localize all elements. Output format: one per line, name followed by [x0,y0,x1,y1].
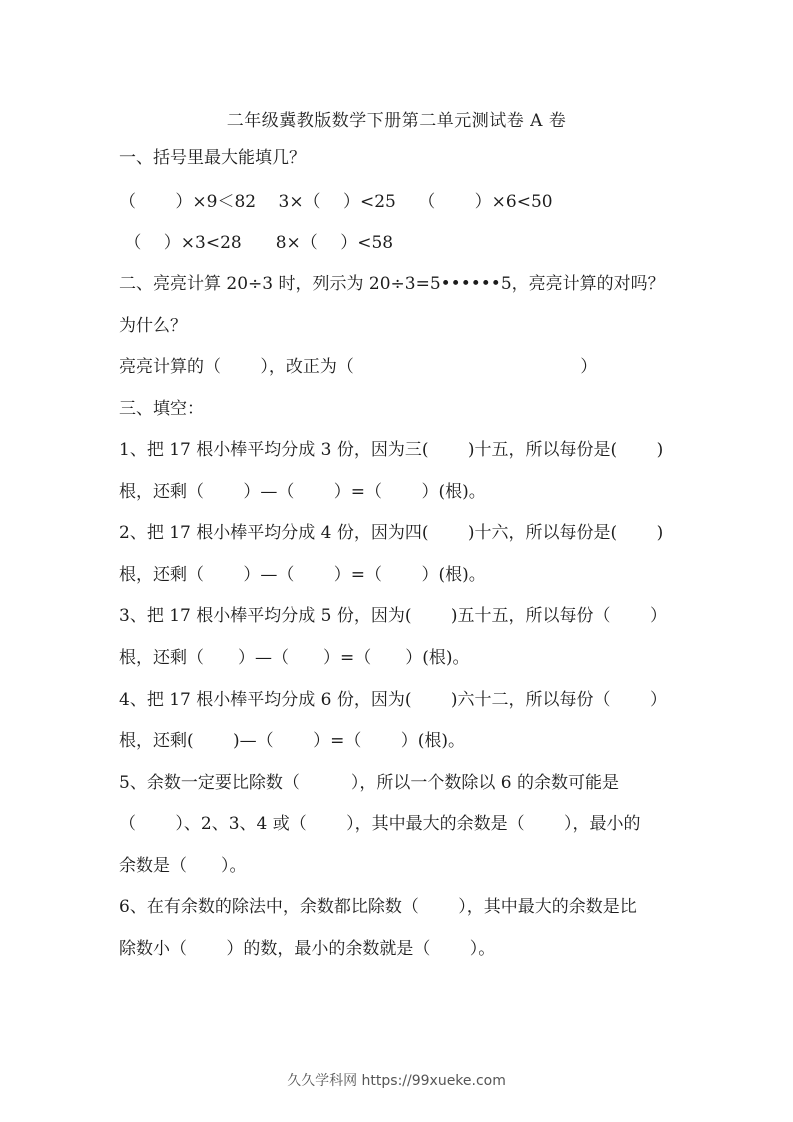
page-title: 二年级冀教版数学下册第二单元测试卷 A 卷 [0,106,793,131]
item-1-line2: 根，还剩（ ）—（ ）=（ ）(根)。 [119,480,486,504]
section2-why: 为什么？ [119,314,187,338]
section1-row2: （ ）×3<28 8×（ ）<58 [119,231,393,255]
section1-heading: 一、括号里最大能填几？ [119,146,306,170]
item-3-line2: 根，还剩（ ）—（ ）=（ ）(根)。 [119,646,470,670]
footer-watermark: 久久学科网 https://99xueke.com [0,1070,793,1090]
item-1-line1: 1、把 17 根小棒平均分成 3 份，因为三( )十五，所以每份是( ) [119,438,663,462]
section2-answer: 亮亮计算的（ ），改正为（ ） [119,355,597,379]
item-5-line3: 余数是（ ）。 [119,854,247,878]
item-6-line2: 除数小（ ）的数，最小的余数就是（ ）。 [119,937,495,961]
item-2-line2: 根，还剩（ ）—（ ）=（ ）(根)。 [119,563,486,587]
section1-row1: （ ）×9＜82 3×（ ）<25 （ ）×6<50 [119,190,553,214]
section3-heading: 三、填空： [119,397,204,421]
item-6-line1: 6、在有余数的除法中，余数都比除数（ ），其中最大的余数是比 [119,895,637,919]
item-3-line1: 3、把 17 根小棒平均分成 5 份，因为( )五十五，所以每份（ ） [119,604,667,628]
item-5-line1: 5、余数一定要比除数（ ），所以一个数除以 6 的余数可能是 [119,771,619,795]
item-4-line2: 根，还剩( )—（ ）=（ ）(根)。 [119,729,465,753]
item-5-line2: （ ）、2、3、4 或（ ），其中最大的余数是（ ），最小的 [119,812,641,836]
document-page: 二年级冀教版数学下册第二单元测试卷 A 卷 一、括号里最大能填几？ （ ）×9＜… [0,0,793,1122]
item-4-line1: 4、把 17 根小棒平均分成 6 份，因为( )六十二，所以每份（ ） [119,688,667,712]
item-2-line1: 2、把 17 根小棒平均分成 4 份，因为四( )十六，所以每份是( ) [119,521,663,545]
section2-question: 二、亮亮计算 20÷3 时，列示为 20÷3=5••••••5，亮亮计算的对吗？ [119,272,665,296]
